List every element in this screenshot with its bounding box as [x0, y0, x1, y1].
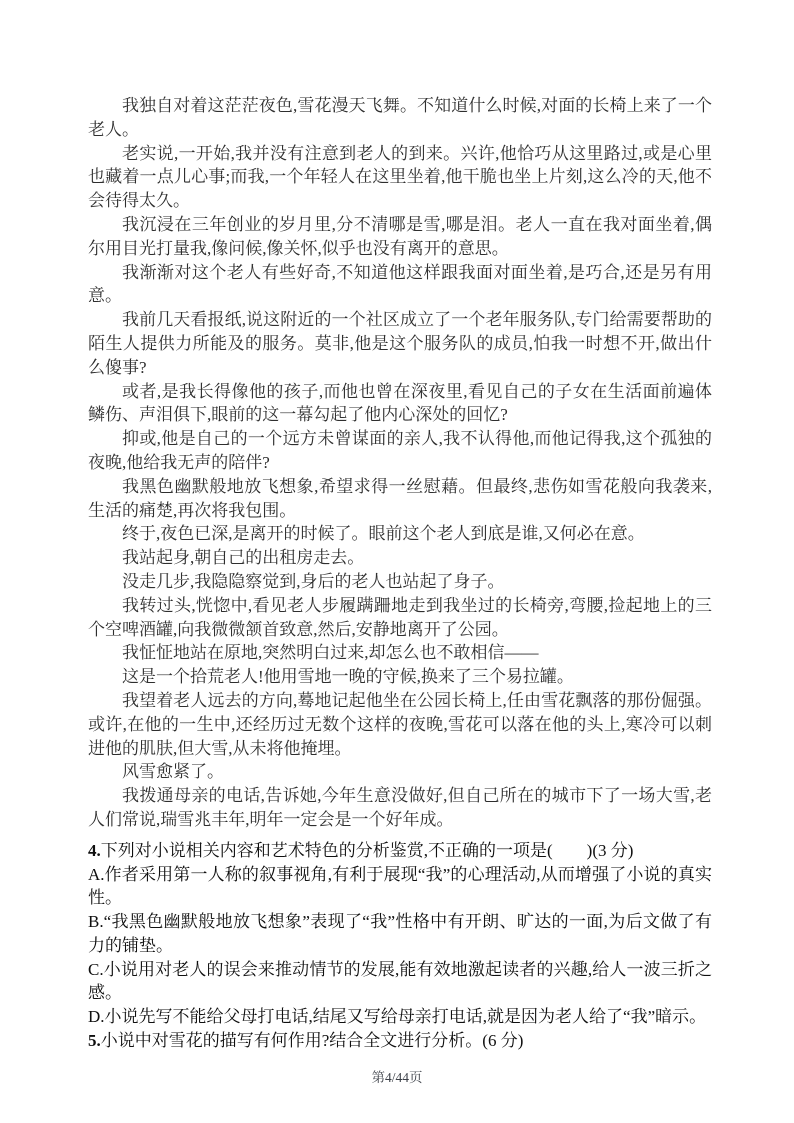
story-paragraph: 终于,夜色已深,是离开的时候了。眼前这个老人到底是谁,又何必在意。 [88, 522, 712, 546]
question-5-text: 小说中对雪花的描写有何作用?结合全文进行分析。(6 分) [101, 1031, 524, 1050]
story-paragraph: 我渐渐对这个老人有些好奇,不知道他这样跟我面对面坐着,是巧合,还是另有用意。 [88, 261, 712, 309]
option-d-label: D. [88, 1007, 105, 1026]
question-4-option-d: D.小说先写不能给父母打电话,结尾又写给母亲打电话,就是因为老人给了“我”暗示。 [88, 1005, 712, 1029]
question-4-option-b: B.“我黑色幽默般地放飞想象”表现了“我”性格中有开朗、旷达的一面,为后文做了有… [88, 910, 712, 958]
story-paragraph: 或者,是我长得像他的孩子,而他也曾在深夜里,看见自己的子女在生活面前遍体鳞伤、声… [88, 380, 712, 428]
option-c-text: 小说用对老人的误会来推动情节的发展,能有效地激起读者的兴趣,给人一波三折之感。 [88, 960, 712, 1003]
option-c-label: C. [88, 960, 104, 979]
question-5-stem: 5.小说中对雪花的描写有何作用?结合全文进行分析。(6 分) [88, 1029, 712, 1053]
question-4-option-a: A.作者采用第一人称的叙事视角,有利于展现“我”的心理活动,从而增强了小说的真实… [88, 863, 712, 911]
question-4-stem: 4.下列对小说相关内容和艺术特色的分析鉴赏,不正确的一项是( )(3 分) [88, 839, 712, 863]
story-paragraph: 我怔怔地站在原地,突然明白过来,却怎么也不敢相信—— [88, 641, 712, 665]
page-content: 我独自对着这茫茫夜色,雪花漫天飞舞。不知道什么时候,对面的长椅上来了一个老人。 … [88, 94, 712, 1053]
question-4-text: 下列对小说相关内容和艺术特色的分析鉴赏,不正确的一项是( )(3 分) [101, 841, 634, 860]
story-paragraph: 我独自对着这茫茫夜色,雪花漫天飞舞。不知道什么时候,对面的长椅上来了一个老人。 [88, 94, 712, 142]
story-paragraph: 我拨通母亲的电话,告诉她,今年生意没做好,但自己所在的城市下了一场大雪,老人们常… [88, 784, 712, 832]
story-paragraph: 老实说,一开始,我并没有注意到老人的到来。兴许,他恰巧从这里路过,或是心里也藏着… [88, 142, 712, 213]
story-paragraph: 我前几天看报纸,说这附近的一个社区成立了一个老年服务队,专门给需要帮助的陌生人提… [88, 308, 712, 379]
story-passage: 我独自对着这茫茫夜色,雪花漫天飞舞。不知道什么时候,对面的长椅上来了一个老人。 … [88, 94, 712, 832]
question-4-number: 4. [88, 841, 101, 860]
story-paragraph: 我站起身,朝自己的出租房走去。 [88, 546, 712, 570]
option-a-label: A. [88, 865, 105, 884]
question-5-number: 5. [88, 1031, 101, 1050]
question-4-option-c: C.小说用对老人的误会来推动情节的发展,能有效地激起读者的兴趣,给人一波三折之感… [88, 958, 712, 1006]
story-paragraph: 抑或,他是自己的一个远方未曾谋面的亲人,我不认得他,而他记得我,这个孤独的夜晚,… [88, 427, 712, 475]
story-paragraph: 风雪愈紧了。 [88, 760, 712, 784]
document-page: 我独自对着这茫茫夜色,雪花漫天飞舞。不知道什么时候,对面的长椅上来了一个老人。 … [0, 0, 794, 1123]
option-b-text: “我黑色幽默般地放飞想象”表现了“我”性格中有开朗、旷达的一面,为后文做了有力的… [88, 912, 712, 955]
option-d-text: 小说先写不能给父母打电话,结尾又写给母亲打电话,就是因为老人给了“我”暗示。 [105, 1007, 707, 1026]
page-number-footer: 第4/44页 [0, 1066, 794, 1086]
story-paragraph: 这是一个拾荒老人!他用雪地一晚的守候,换来了三个易拉罐。 [88, 665, 712, 689]
option-b-label: B. [88, 912, 104, 931]
questions-section: 4.下列对小说相关内容和艺术特色的分析鉴赏,不正确的一项是( )(3 分) A.… [88, 839, 712, 1053]
story-paragraph: 我转过头,恍惚中,看见老人步履蹒跚地走到我坐过的长椅旁,弯腰,捡起地上的三个空啤… [88, 594, 712, 642]
story-paragraph: 没走几步,我隐隐察觉到,身后的老人也站起了身子。 [88, 570, 712, 594]
option-a-text: 作者采用第一人称的叙事视角,有利于展现“我”的心理活动,从而增强了小说的真实性。 [88, 865, 712, 908]
story-paragraph: 我黑色幽默般地放飞想象,希望求得一丝慰藉。但最终,悲伤如雪花般向我袭来,生活的痛… [88, 475, 712, 523]
story-paragraph: 我沉浸在三年创业的岁月里,分不清哪是雪,哪是泪。老人一直在我对面坐着,偶尔用目光… [88, 213, 712, 261]
story-paragraph: 我望着老人远去的方向,蓦地记起他坐在公园长椅上,任由雪花飘落的那份倔强。或许,在… [88, 689, 712, 760]
